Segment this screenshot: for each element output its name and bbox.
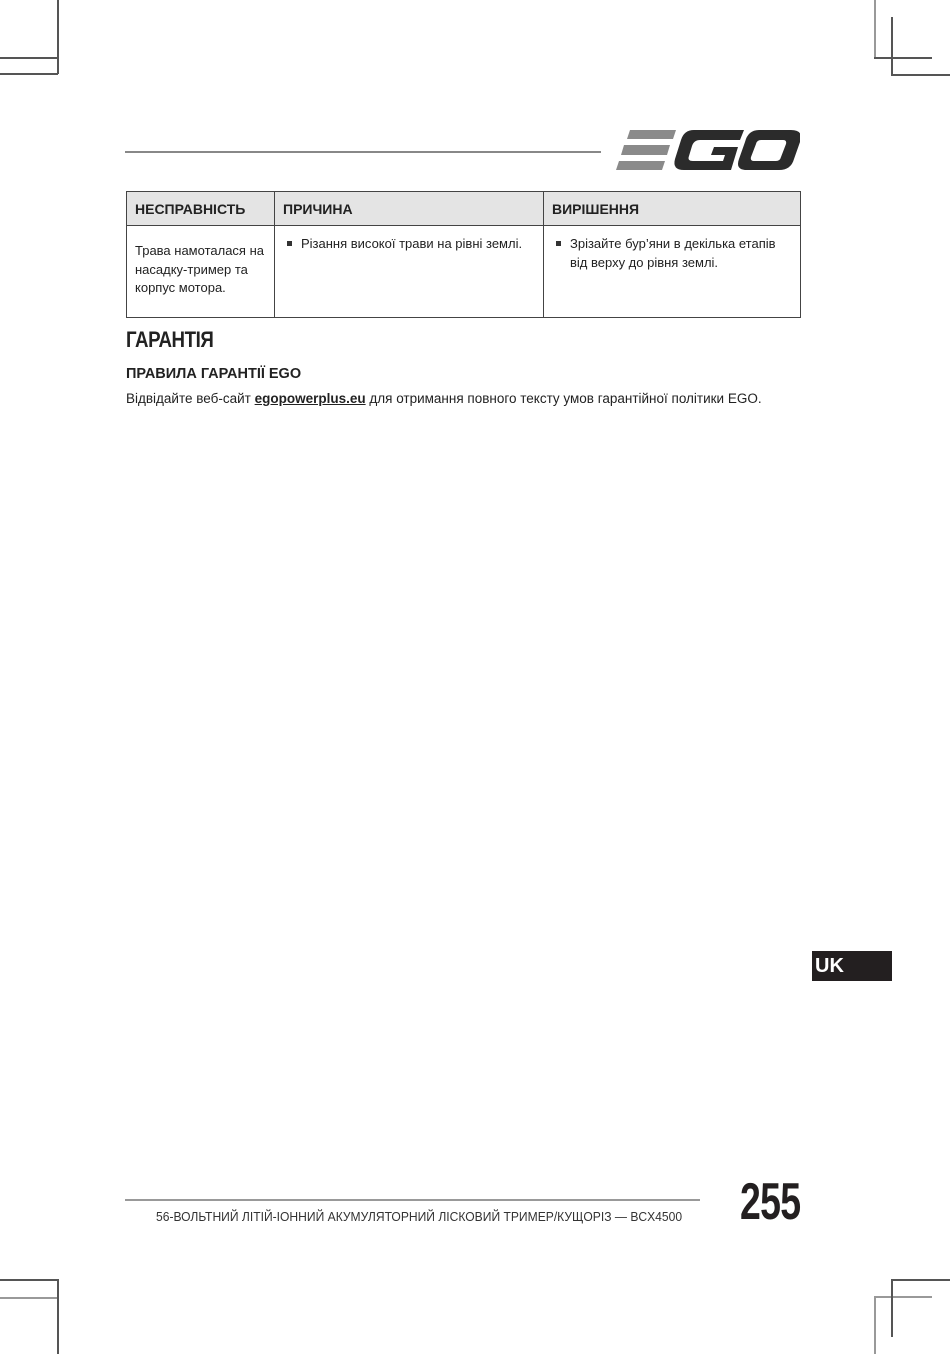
crop-mark [891, 1279, 893, 1337]
page-number: 255 [740, 1172, 800, 1232]
crop-mark [874, 0, 876, 57]
crop-mark [0, 1279, 58, 1281]
footer-title: 56-ВОЛЬТНИЙ ЛІТІЙ-ІОННИЙ АКУМУЛЯТОРНИЙ Л… [156, 1209, 682, 1224]
cause-cell: Різання високої трави на рівні землі. [275, 226, 544, 318]
warranty-text-before: Відвідайте веб-сайт [126, 391, 255, 406]
table-row: Трава намоталася на насадку-тример та ко… [127, 226, 801, 318]
solution-text: Зрізайте бур’яни в декілька етапів від в… [570, 235, 792, 272]
subheading-warranty-rules: ПРАВИЛА ГАРАНТІЇ EGO [126, 366, 301, 382]
crop-mark [874, 1296, 932, 1298]
bullet-square-icon [287, 241, 292, 246]
ego-logo-icon [616, 128, 800, 172]
header-rule [125, 151, 601, 153]
crop-mark [0, 1297, 58, 1299]
bullet-square-icon [556, 241, 561, 246]
solution-cell: Зрізайте бур’яни в декілька етапів від в… [544, 226, 801, 318]
warranty-paragraph: Відвідайте веб-сайт egopowerplus.eu для … [126, 391, 762, 406]
crop-mark [874, 1296, 876, 1354]
language-tab: UK [812, 951, 892, 981]
crop-mark [0, 73, 58, 75]
crop-mark [874, 57, 932, 59]
problem-cell: Трава намоталася на насадку-тример та ко… [127, 226, 275, 318]
website-link[interactable]: egopowerplus.eu [255, 391, 366, 406]
crop-mark [891, 74, 950, 76]
crop-mark [891, 1279, 950, 1281]
warranty-text-after: для отримання повного тексту умов гарант… [366, 391, 762, 406]
section-heading-warranty: ГАРАНТІЯ [126, 327, 213, 353]
crop-mark [57, 1279, 59, 1354]
cause-text: Різання високої трави на рівні землі. [301, 235, 522, 254]
crop-mark [891, 17, 893, 75]
crop-mark [57, 0, 59, 74]
column-header-cause: ПРИЧИНА [275, 192, 544, 226]
troubleshooting-table: НЕСПРАВНІСТЬ ПРИЧИНА ВИРІШЕННЯ Трава нам… [126, 191, 801, 318]
footer-rule [125, 1199, 700, 1201]
crop-mark [0, 57, 58, 59]
column-header-problem: НЕСПРАВНІСТЬ [127, 192, 275, 226]
column-header-solution: ВИРІШЕННЯ [544, 192, 801, 226]
